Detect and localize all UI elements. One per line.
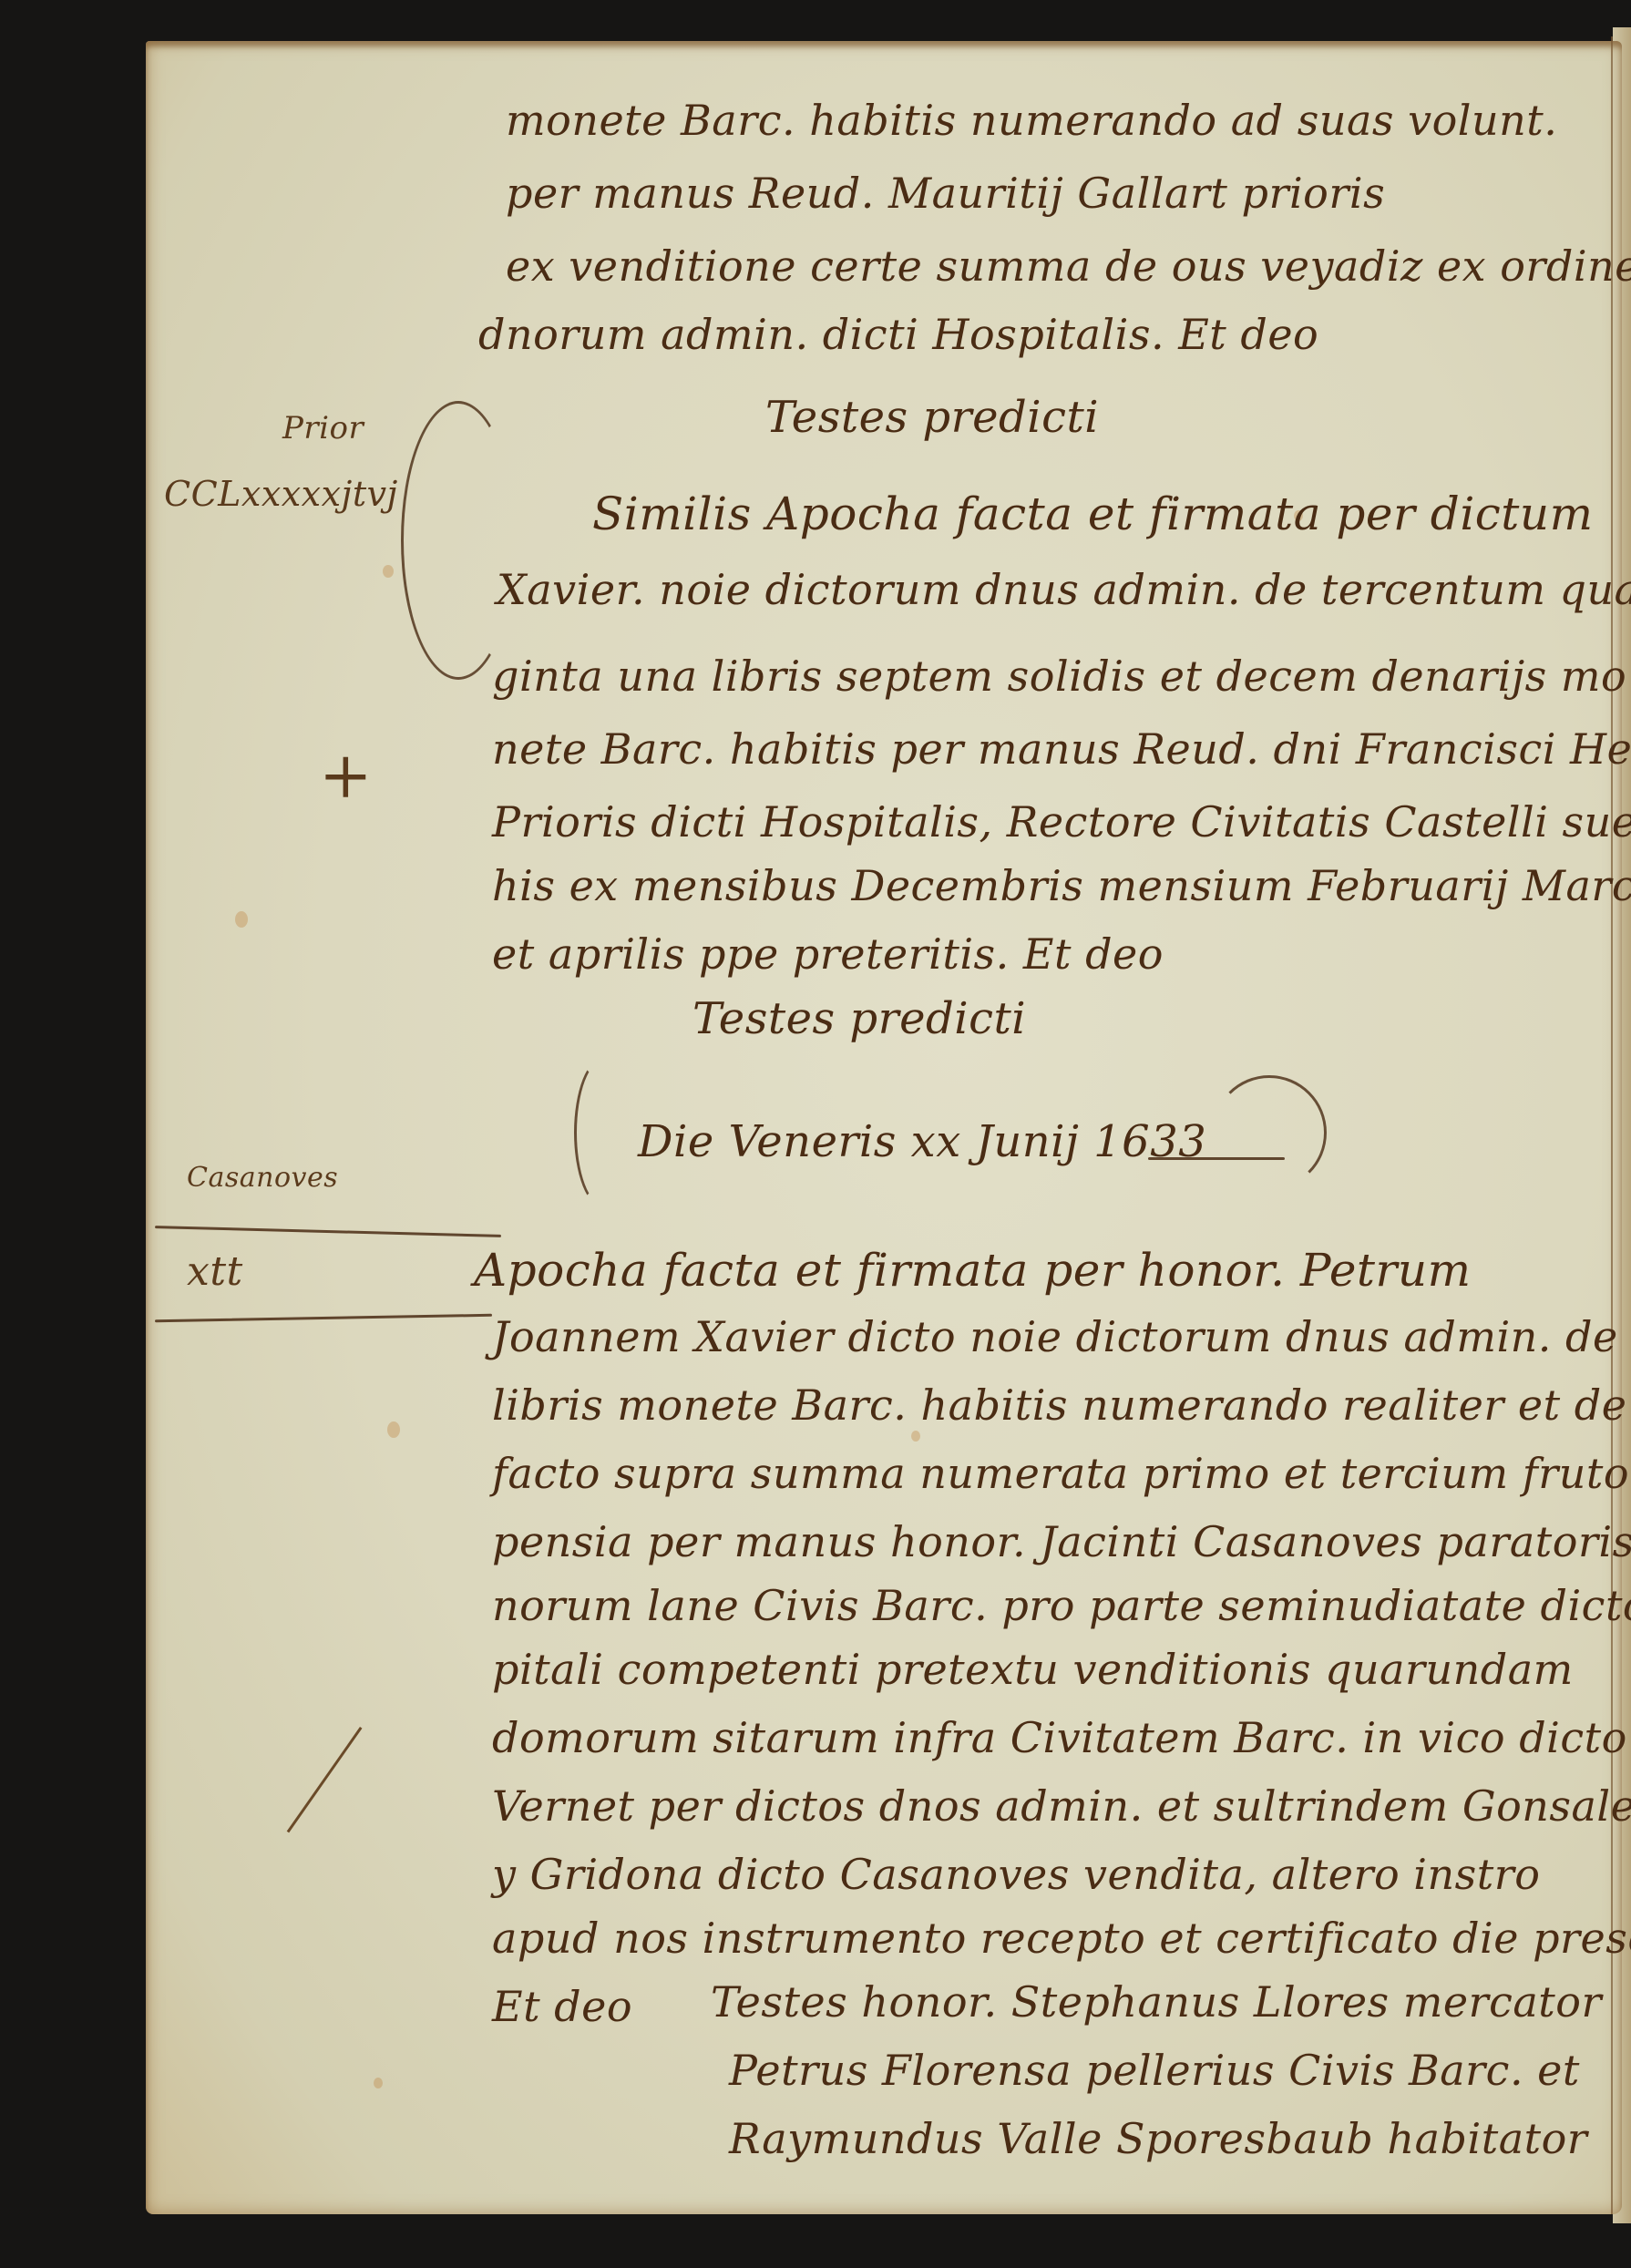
text-line: facto supra summa numerata primo et terc… [492,1449,1631,1498]
text-line: monete Barc. habitis numerando ad suas v… [506,96,1557,145]
page-fold-line [1611,36,1613,2214]
foxing-stain [235,911,248,928]
text-line: Vernet per dictos dnos admin. et sultrin… [492,1781,1631,1831]
witness-line: Testes honor. Stephanus Llores mercator [711,1977,1602,2027]
text-line: Prioris dicti Hospitalis, Rectore Civita… [492,797,1631,847]
flourish-decoration [1212,1075,1327,1190]
text-line: norum lane Civis Barc. pro parte seminud… [492,1581,1631,1630]
text-line: Et deo [492,1982,632,2031]
text-line: domorum sitarum infra Civitatem Barc. in… [492,1713,1631,1762]
flourish-decoration [574,1057,634,1208]
witness-line: Petrus Florensa pellerius Civis Barc. et [729,2046,1580,2095]
text-line: ginta una libris septem solidis et decem… [492,652,1626,701]
margin-note-casanoves: Casanoves [187,1162,338,1194]
text-line: Xavier. noie dictorum dnus admin. de ter… [497,565,1631,614]
margin-note-prior-amount: CCLxxxxxjtvj [164,474,398,514]
text-line: Apocha facta et firmata per honor. Petru… [474,1244,1472,1297]
date-heading: Die Veneris xx Junij 1633 [638,1116,1206,1167]
text-line: Joannem Xavier dicto noie dictorum dnus … [492,1312,1631,1361]
foxing-stain [911,1431,920,1442]
text-line: nete Barc. habitis per manus Reud. dni F… [492,724,1631,774]
text-line: per manus Reud. Mauritij Gallart prioris [506,169,1385,218]
flourish-decoration [401,401,516,680]
text-line: ex venditione certe summa de ous veyadiz… [506,241,1631,291]
text-line: his ex mensibus Decembris mensium Februa… [492,861,1631,910]
margin-cross-mark: + [319,738,373,813]
foxing-stain [387,1421,400,1438]
witnesses-heading: Testes predicti [765,392,1099,443]
witnesses-footer: Testes predicti [692,993,1026,1044]
text-line: Similis Apocha facta et firmata per dict… [592,487,1594,540]
foxing-stain [383,565,394,578]
text-line: dnorum admin. dicti Hospitalis. Et deo [478,310,1318,359]
witness-line: Raymundus Valle Sporesbaub habitator [729,2114,1587,2163]
text-line: libris monete Barc. habitis numerando re… [492,1380,1626,1430]
margin-note-casanoves-amount: xtt [187,1248,243,1295]
text-line: pitali competenti pretextu venditionis q… [492,1645,1574,1694]
margin-note-prior: Prior [282,410,364,446]
text-line: apud nos instrumento recepto et certific… [492,1914,1631,1963]
foxing-stain [374,2078,383,2088]
text-line: y Gridona dicto Casanoves vendita, alter… [492,1850,1540,1899]
text-line: et aprilis ppe preteritis. Et deo [492,929,1164,979]
text-line: pensia per manus honor. Jacinti Casanove… [492,1517,1631,1566]
manuscript-scan: monete Barc. habitis numerando ad suas v… [0,0,1631,2268]
